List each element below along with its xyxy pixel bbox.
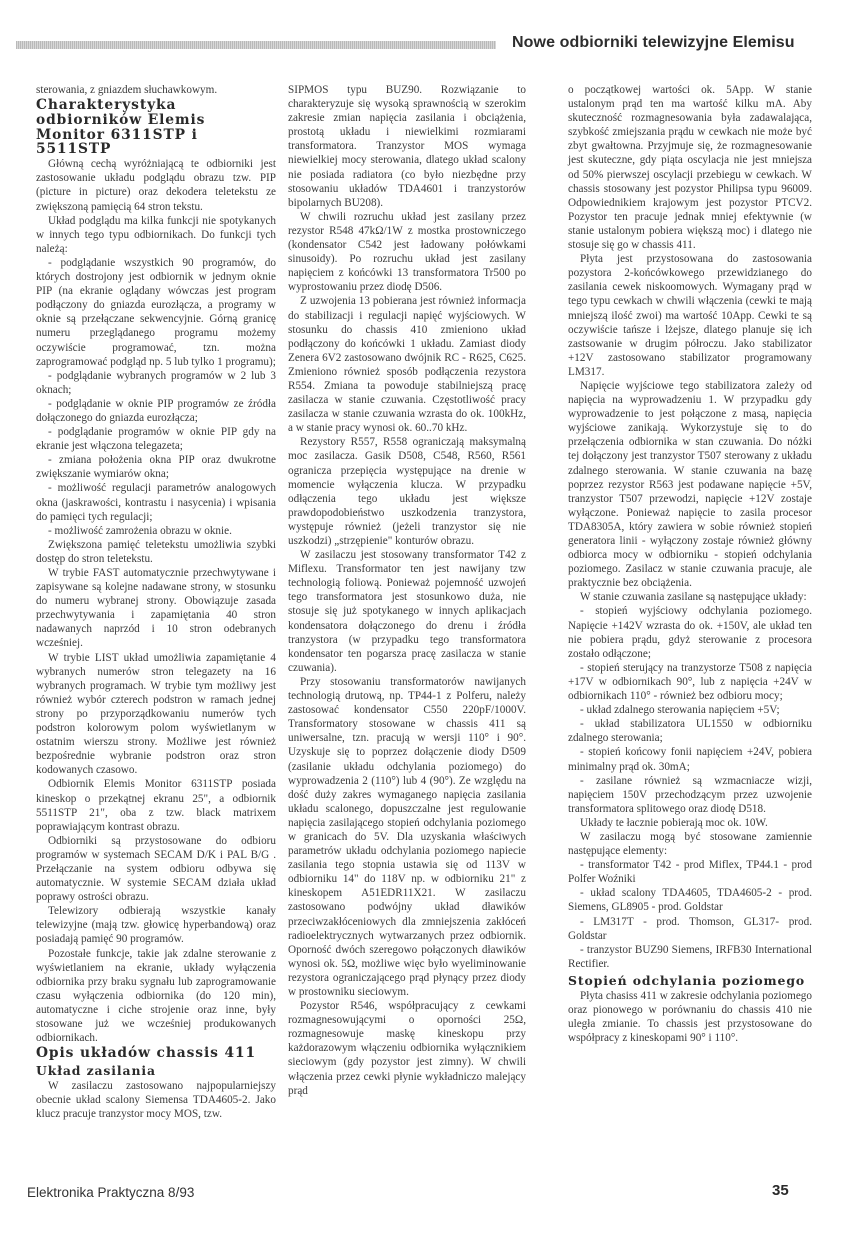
subsection-heading: Stopień odchylania poziomego <box>568 973 812 988</box>
paragraph: W zasilaczu zastosowano najpopularniejsz… <box>36 1079 276 1121</box>
paragraph: W trybie LIST układ umożliwia zapamiętan… <box>36 651 276 778</box>
paragraph: - LM317T - prod. Thomson, GL317- prod. G… <box>568 915 812 943</box>
paragraph: Pozystor R546, współpracujący z cewkami … <box>288 999 526 1098</box>
paragraph: - możliwość regulacji parametrów analogo… <box>36 481 276 523</box>
paragraph: Główną cechą wyróżniającą te odbiorniki … <box>36 157 276 213</box>
subsection-heading: Układ zasilania <box>36 1063 276 1078</box>
paragraph: Napięcie wyjściowe tego stabilizatora za… <box>568 379 812 590</box>
paragraph: W zasilaczu jest stosowany transformator… <box>288 548 526 675</box>
header-decorative-bar <box>16 41 298 49</box>
paragraph: - układ stabilizatora UL1550 w odbiornik… <box>568 717 812 745</box>
paragraph: - tranzystor BUZ90 Siemens, IRFB30 Inter… <box>568 943 812 971</box>
column-right: o początkowej wartości ok. 5App. W stani… <box>568 83 812 1045</box>
paragraph: - podglądanie w oknie PIP programów ze ź… <box>36 397 276 425</box>
paragraph: Układy te łacznie pobierają moc ok. 10W. <box>568 816 812 830</box>
paragraph: - układ zdalnego sterowania napięciem +5… <box>568 703 812 717</box>
paragraph: - podglądanie wszystkich 90 programów, d… <box>36 256 276 369</box>
section-heading: Charakterystyka odbiorników Elemis Monit… <box>36 98 276 157</box>
column-middle: SIPMOS typu BUZ90. Rozwiązanie to charak… <box>288 83 526 1098</box>
paragraph: Płyta chasiss 411 w zakresie odchylania … <box>568 989 812 1045</box>
paragraph: Rezystory R557, R558 ograniczają maksyma… <box>288 435 526 548</box>
paragraph: - podglądanie programów w oknie PIP gdy … <box>36 425 276 453</box>
paragraph: Odbiorniki są przystosowane do odbioru p… <box>36 834 276 904</box>
column-left: sterowania, z gniazdem słuchawkowym.Char… <box>36 83 276 1121</box>
paragraph: - transformator T42 - prod Miflex, TP44.… <box>568 858 812 886</box>
paragraph: Zwiększona pamięć teletekstu umożliwia s… <box>36 538 276 566</box>
paragraph: Odbiornik Elemis Monitor 6311STP posiada… <box>36 777 276 833</box>
paragraph: Telewizory odbierają wszystkie kanały te… <box>36 904 276 946</box>
paragraph: - zasilane również są wzmacniacze wizji,… <box>568 774 812 816</box>
paragraph: - stopień wyjściowy odchylania poziomego… <box>568 604 812 660</box>
paragraph: Z uzwojenia 13 pobierana jest również in… <box>288 294 526 435</box>
paragraph: W chwili rozruchu układ jest zasilany pr… <box>288 210 526 295</box>
paragraph: W stanie czuwania zasilane są następując… <box>568 590 812 604</box>
paragraph: o początkowej wartości ok. 5App. W stani… <box>568 83 812 252</box>
paragraph: sterowania, z gniazdem słuchawkowym. <box>36 83 276 97</box>
paragraph: - układ scalony TDA4605, TDA4605-2 - pro… <box>568 886 812 914</box>
paragraph: - stopień końcowy fonii napięciem +24V, … <box>568 745 812 773</box>
paragraph: SIPMOS typu BUZ90. Rozwiązanie to charak… <box>288 83 526 210</box>
header-decorative-bar-extension <box>298 41 496 49</box>
paragraph: W trybie FAST automatycznie przechwytywa… <box>36 566 276 651</box>
footer-publication: Elektronika Praktyczna 8/93 <box>27 1185 194 1200</box>
paragraph: - możliwość zamrożenia obrazu w oknie. <box>36 524 276 538</box>
paragraph: - podglądanie wybranych programów w 2 lu… <box>36 369 276 397</box>
paragraph: W zasilaczu mogą być stosowane zamiennie… <box>568 830 812 858</box>
page-number: 35 <box>772 1182 789 1199</box>
paragraph: - stopień sterujący na tranzystorze T508… <box>568 661 812 703</box>
section-heading: Opis układów chassis 411 <box>36 1046 276 1061</box>
running-header-title: Nowe odbiorniki telewizyjne Elemisu <box>512 34 795 52</box>
paragraph: Przy stosowaniu transformatorów nawijany… <box>288 675 526 999</box>
paragraph: Układ podglądu ma kilka funkcji nie spot… <box>36 214 276 256</box>
paragraph: Płyta jest przystosowana do zastosowania… <box>568 252 812 379</box>
paragraph: - zmiana położenia okna PIP oraz dwukrot… <box>36 453 276 481</box>
paragraph: Pozostałe funkcje, takie jak zdalne ster… <box>36 947 276 1046</box>
